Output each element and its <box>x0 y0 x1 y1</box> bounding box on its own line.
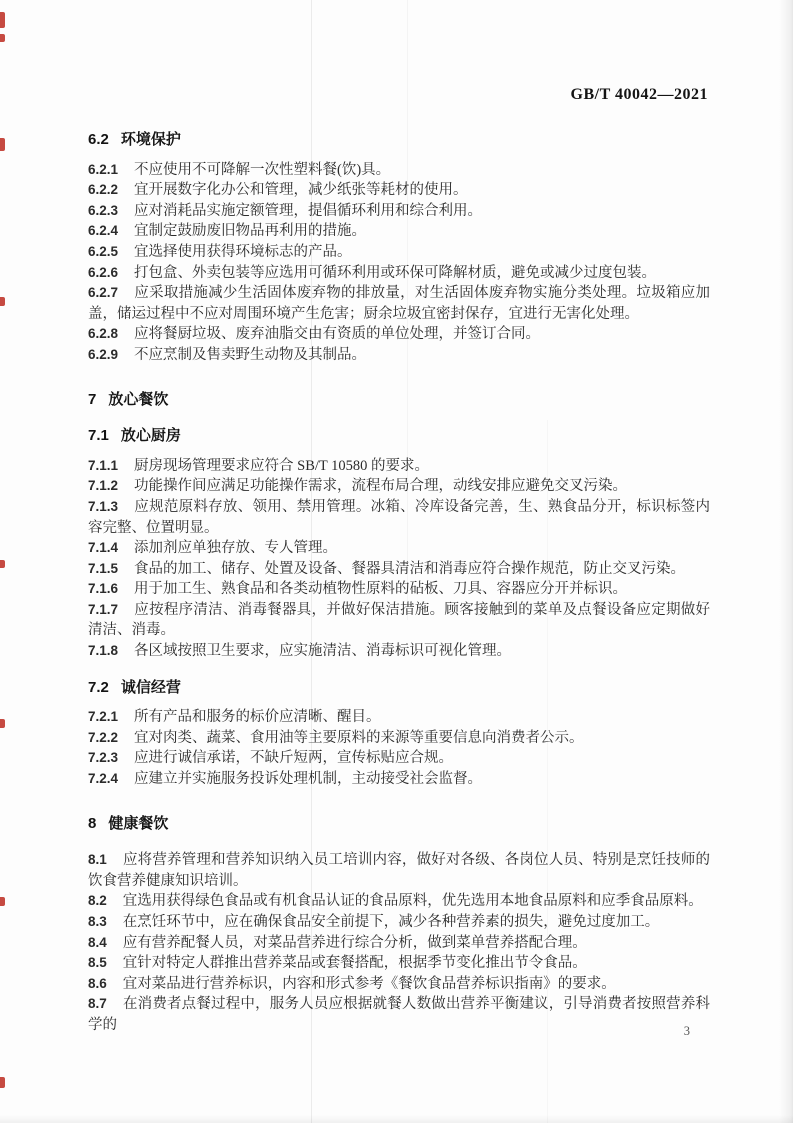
clause-7.1.5: 7.1.5食品的加工、储存、处置及设备、餐器具清洁和消毒应符合操作规范，防止交叉… <box>88 559 710 580</box>
clause-text: 添加剂应单独存放、专人管理。 <box>134 540 337 556</box>
clause-text: 应采取措施减少生活固体废弃物的排放量，对生活固体废弃物实施分类处理。垃圾箱应加盖… <box>88 285 710 322</box>
heading-7.1: 7.1放心厨房 <box>88 426 710 447</box>
clause-number: 8.5 <box>88 955 107 970</box>
red-scan-mark <box>0 297 5 306</box>
clause-7.1.1: 7.1.1厨房现场管理要求应符合 SB/T 10580 的要求。 <box>88 456 710 477</box>
clause-text: 应进行诚信承诺，不缺斤短两，宣传标贴应合规。 <box>134 750 453 766</box>
clause-number: 6.2.9 <box>88 347 118 362</box>
clause-text: 宜选用获得绿色食品或有机食品认证的食品原料，优先选用本地食品原料和应季食品原料。 <box>123 893 703 909</box>
clause-number: 7.1.2 <box>88 478 118 493</box>
clause-number: 6.2.1 <box>88 162 118 177</box>
heading-6.2: 6.2环境保护 <box>88 130 710 151</box>
clause-7.2.4: 7.2.4应建立并实施服务投诉处理机制，主动接受社会监督。 <box>88 769 710 790</box>
clause-number: 7.1.5 <box>88 561 118 576</box>
document-body: 6.2环境保护6.2.1不应使用不可降解一次性塑料餐(饮)具。6.2.2宜开展数… <box>88 130 710 1036</box>
clause-text: 应有营养配餐人员，对菜品营养进行综合分析，做到菜单营养搭配合理。 <box>123 935 587 951</box>
clause-number: 6.2.4 <box>88 223 118 238</box>
clause-8.1: 8.1应将营养管理和营养知识纳入员工培训内容，做好对各级、各岗位人员、特别是烹饪… <box>88 850 710 891</box>
heading-title: 健康餐饮 <box>108 815 168 832</box>
clause-7.2.3: 7.2.3应进行诚信承诺，不缺斤短两，宣传标贴应合规。 <box>88 748 710 769</box>
clause-number: 7.2.2 <box>88 730 118 745</box>
standard-code: GB/T 40042—2021 <box>571 86 708 104</box>
clause-number: 8.1 <box>88 852 107 867</box>
clause-text: 各区域按照卫生要求，应实施清洁、消毒标识可视化管理。 <box>134 643 511 659</box>
clause-text: 应建立并实施服务投诉处理机制，主动接受社会监督。 <box>134 771 482 787</box>
clause-number: 6.2 <box>88 131 109 148</box>
heading-title: 放心厨房 <box>121 427 181 444</box>
red-scan-mark <box>0 560 5 568</box>
clause-text: 应对消耗品实施定额管理，提倡循环利用和综合利用。 <box>134 203 482 219</box>
clause-6.2.4: 6.2.4宜制定鼓励废旧物品再利用的措施。 <box>88 221 710 242</box>
scan-edge-shadow <box>0 1115 793 1123</box>
clause-text: 在烹饪环节中，应在确保食品安全前提下，减少各种营养素的损失，避免过度加工。 <box>123 914 660 930</box>
clause-number: 8.4 <box>88 935 107 950</box>
clause-text: 宜对肉类、蔬菜、食用油等主要原料的来源等重要信息向消费者公示。 <box>134 730 584 746</box>
clause-7.1.4: 7.1.4添加剂应单独存放、专人管理。 <box>88 538 710 559</box>
clause-text: 应规范原料存放、领用、禁用管理。冰箱、冷库设备完善，生、熟食品分开，标识标签内容… <box>88 499 710 536</box>
clause-number: 7.1.7 <box>88 602 118 617</box>
clause-number: 6.2.5 <box>88 244 118 259</box>
clause-number: 8.3 <box>88 914 107 929</box>
clause-text: 不应使用不可降解一次性塑料餐(饮)具。 <box>134 162 390 178</box>
clause-number: 6.2.6 <box>88 265 118 280</box>
red-scan-mark <box>0 1077 5 1088</box>
clause-text: 食品的加工、储存、处置及设备、餐器具清洁和消毒应符合操作规范，防止交叉污染。 <box>134 561 685 577</box>
clause-number: 8 <box>88 815 96 832</box>
clause-6.2.7: 6.2.7应采取措施减少生活固体废弃物的排放量，对生活固体废弃物实施分类处理。垃… <box>88 283 710 324</box>
document-page: GB/T 40042—2021 6.2环境保护6.2.1不应使用不可降解一次性塑… <box>0 0 793 1123</box>
heading-8: 8健康餐饮 <box>88 814 710 835</box>
clause-number: 7.1.1 <box>88 458 118 473</box>
red-scan-mark <box>0 138 5 151</box>
clause-number: 7 <box>88 391 96 408</box>
heading-title: 环境保护 <box>121 131 181 148</box>
page-number: 3 <box>684 1024 690 1039</box>
clause-text: 应按程序清洁、消毒餐器具，并做好保洁措施。顾客接触到的菜单及点餐设备应定期做好清… <box>88 602 710 639</box>
clause-number: 7.2 <box>88 679 109 696</box>
clause-text: 打包盒、外卖包装等应选用可循环利用或环保可降解材质，避免或减少过度包装。 <box>134 265 656 281</box>
clause-text: 宜对菜品进行营养标识，内容和形式参考《餐饮食品营养标识指南》的要求。 <box>123 976 616 992</box>
clause-number: 7.1.8 <box>88 643 118 658</box>
clause-number: 7.2.1 <box>88 709 118 724</box>
clause-number: 7.2.4 <box>88 771 118 786</box>
clause-6.2.3: 6.2.3应对消耗品实施定额管理，提倡循环利用和综合利用。 <box>88 201 710 222</box>
clause-text: 应将营养管理和营养知识纳入员工培训内容，做好对各级、各岗位人员、特别是烹饪技师的… <box>88 852 710 889</box>
clause-7.2.2: 7.2.2宜对肉类、蔬菜、食用油等主要原料的来源等重要信息向消费者公示。 <box>88 728 710 749</box>
clause-8.2: 8.2宜选用获得绿色食品或有机食品认证的食品原料，优先选用本地食品原料和应季食品… <box>88 891 710 912</box>
clause-text: 在消费者点餐过程中，服务人员应根据就餐人数做出营养平衡建议，引导消费者按照营养科… <box>88 996 710 1033</box>
clause-7.1.6: 7.1.6用于加工生、熟食品和各类动植物性原料的砧板、刀具、容器应分开并标识。 <box>88 579 710 600</box>
clause-6.2.2: 6.2.2宜开展数字化办公和管理，减少纸张等耗材的使用。 <box>88 180 710 201</box>
heading-7.2: 7.2诚信经营 <box>88 678 710 699</box>
clause-text: 厨房现场管理要求应符合 SB/T 10580 的要求。 <box>134 458 429 474</box>
clause-number: 6.2.3 <box>88 203 118 218</box>
clause-6.2.9: 6.2.9不应烹制及售卖野生动物及其制品。 <box>88 345 710 366</box>
clause-number: 8.6 <box>88 976 107 991</box>
clause-number: 7.1.6 <box>88 581 118 596</box>
heading-title: 放心餐饮 <box>108 391 168 408</box>
clause-number: 8.2 <box>88 893 107 908</box>
clause-8.3: 8.3在烹饪环节中，应在确保食品安全前提下，减少各种营养素的损失，避免过度加工。 <box>88 912 710 933</box>
clause-8.4: 8.4应有营养配餐人员，对菜品营养进行综合分析，做到菜单营养搭配合理。 <box>88 933 710 954</box>
red-scan-mark <box>0 897 5 906</box>
scan-edge-shadow <box>779 0 793 1123</box>
clause-text: 不应烹制及售卖野生动物及其制品。 <box>134 347 366 363</box>
clause-text: 用于加工生、熟食品和各类动植物性原料的砧板、刀具、容器应分开并标识。 <box>134 581 627 597</box>
clause-6.2.1: 6.2.1不应使用不可降解一次性塑料餐(饮)具。 <box>88 160 710 181</box>
clause-text: 功能操作间应满足功能操作需求，流程布局合理，动线安排应避免交叉污染。 <box>134 478 627 494</box>
clause-6.2.5: 6.2.5宜选择使用获得环境标志的产品。 <box>88 242 710 263</box>
clause-8.6: 8.6宜对菜品进行营养标识，内容和形式参考《餐饮食品营养标识指南》的要求。 <box>88 974 710 995</box>
red-scan-mark <box>0 719 5 728</box>
red-scan-mark <box>0 34 5 42</box>
clause-7.1.8: 7.1.8各区域按照卫生要求，应实施清洁、消毒标识可视化管理。 <box>88 641 710 662</box>
clause-6.2.6: 6.2.6打包盒、外卖包装等应选用可循环利用或环保可降解材质，避免或减少过度包装… <box>88 263 710 284</box>
clause-6.2.8: 6.2.8应将餐厨垃圾、废弃油脂交由有资质的单位处理，并签订合同。 <box>88 324 710 345</box>
clause-number: 6.2.7 <box>88 285 118 300</box>
clause-number: 7.2.3 <box>88 750 118 765</box>
clause-number: 6.2.8 <box>88 326 118 341</box>
clause-number: 6.2.2 <box>88 182 118 197</box>
clause-text: 宜选择使用获得环境标志的产品。 <box>134 244 352 260</box>
clause-8.7: 8.7在消费者点餐过程中，服务人员应根据就餐人数做出营养平衡建议，引导消费者按照… <box>88 994 710 1035</box>
clause-text: 宜制定鼓励废旧物品再利用的措施。 <box>134 223 366 239</box>
heading-7: 7放心餐饮 <box>88 390 710 411</box>
clause-8.5: 8.5宜针对特定人群推出营养菜品或套餐搭配，根据季节变化推出节令食品。 <box>88 953 710 974</box>
clause-number: 7.1.3 <box>88 499 118 514</box>
clause-number: 7.1.4 <box>88 540 118 555</box>
clause-text: 宜针对特定人群推出营养菜品或套餐搭配，根据季节变化推出节令食品。 <box>123 955 587 971</box>
clause-text: 所有产品和服务的标价应清晰、醒目。 <box>134 709 381 725</box>
clause-number: 7.1 <box>88 427 109 444</box>
clause-7.2.1: 7.2.1所有产品和服务的标价应清晰、醒目。 <box>88 707 710 728</box>
clause-text: 宜开展数字化办公和管理，减少纸张等耗材的使用。 <box>134 182 468 198</box>
clause-7.1.2: 7.1.2功能操作间应满足功能操作需求，流程布局合理，动线安排应避免交叉污染。 <box>88 476 710 497</box>
clause-number: 8.7 <box>88 996 107 1011</box>
clause-7.1.7: 7.1.7应按程序清洁、消毒餐器具，并做好保洁措施。顾客接触到的菜单及点餐设备应… <box>88 600 710 641</box>
clause-text: 应将餐厨垃圾、废弃油脂交由有资质的单位处理，并签订合同。 <box>134 326 540 342</box>
heading-title: 诚信经营 <box>121 679 181 696</box>
red-scan-mark <box>0 12 5 28</box>
clause-7.1.3: 7.1.3应规范原料存放、领用、禁用管理。冰箱、冷库设备完善，生、熟食品分开，标… <box>88 497 710 538</box>
